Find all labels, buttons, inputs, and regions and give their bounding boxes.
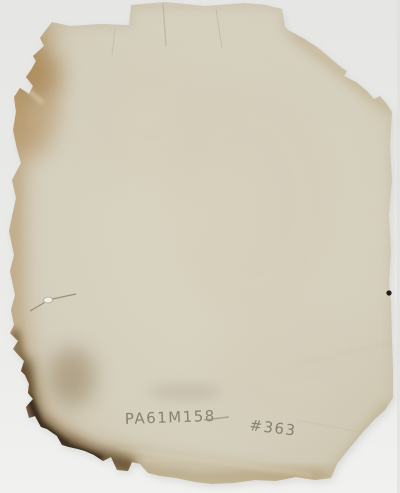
scan-viewport: PA61M158 #363	[0, 0, 400, 493]
photo-back-scan: PA61M158 #363	[0, 0, 400, 493]
punch-hole	[386, 290, 391, 295]
accession-number-handwriting: PA61M158	[125, 407, 217, 428]
